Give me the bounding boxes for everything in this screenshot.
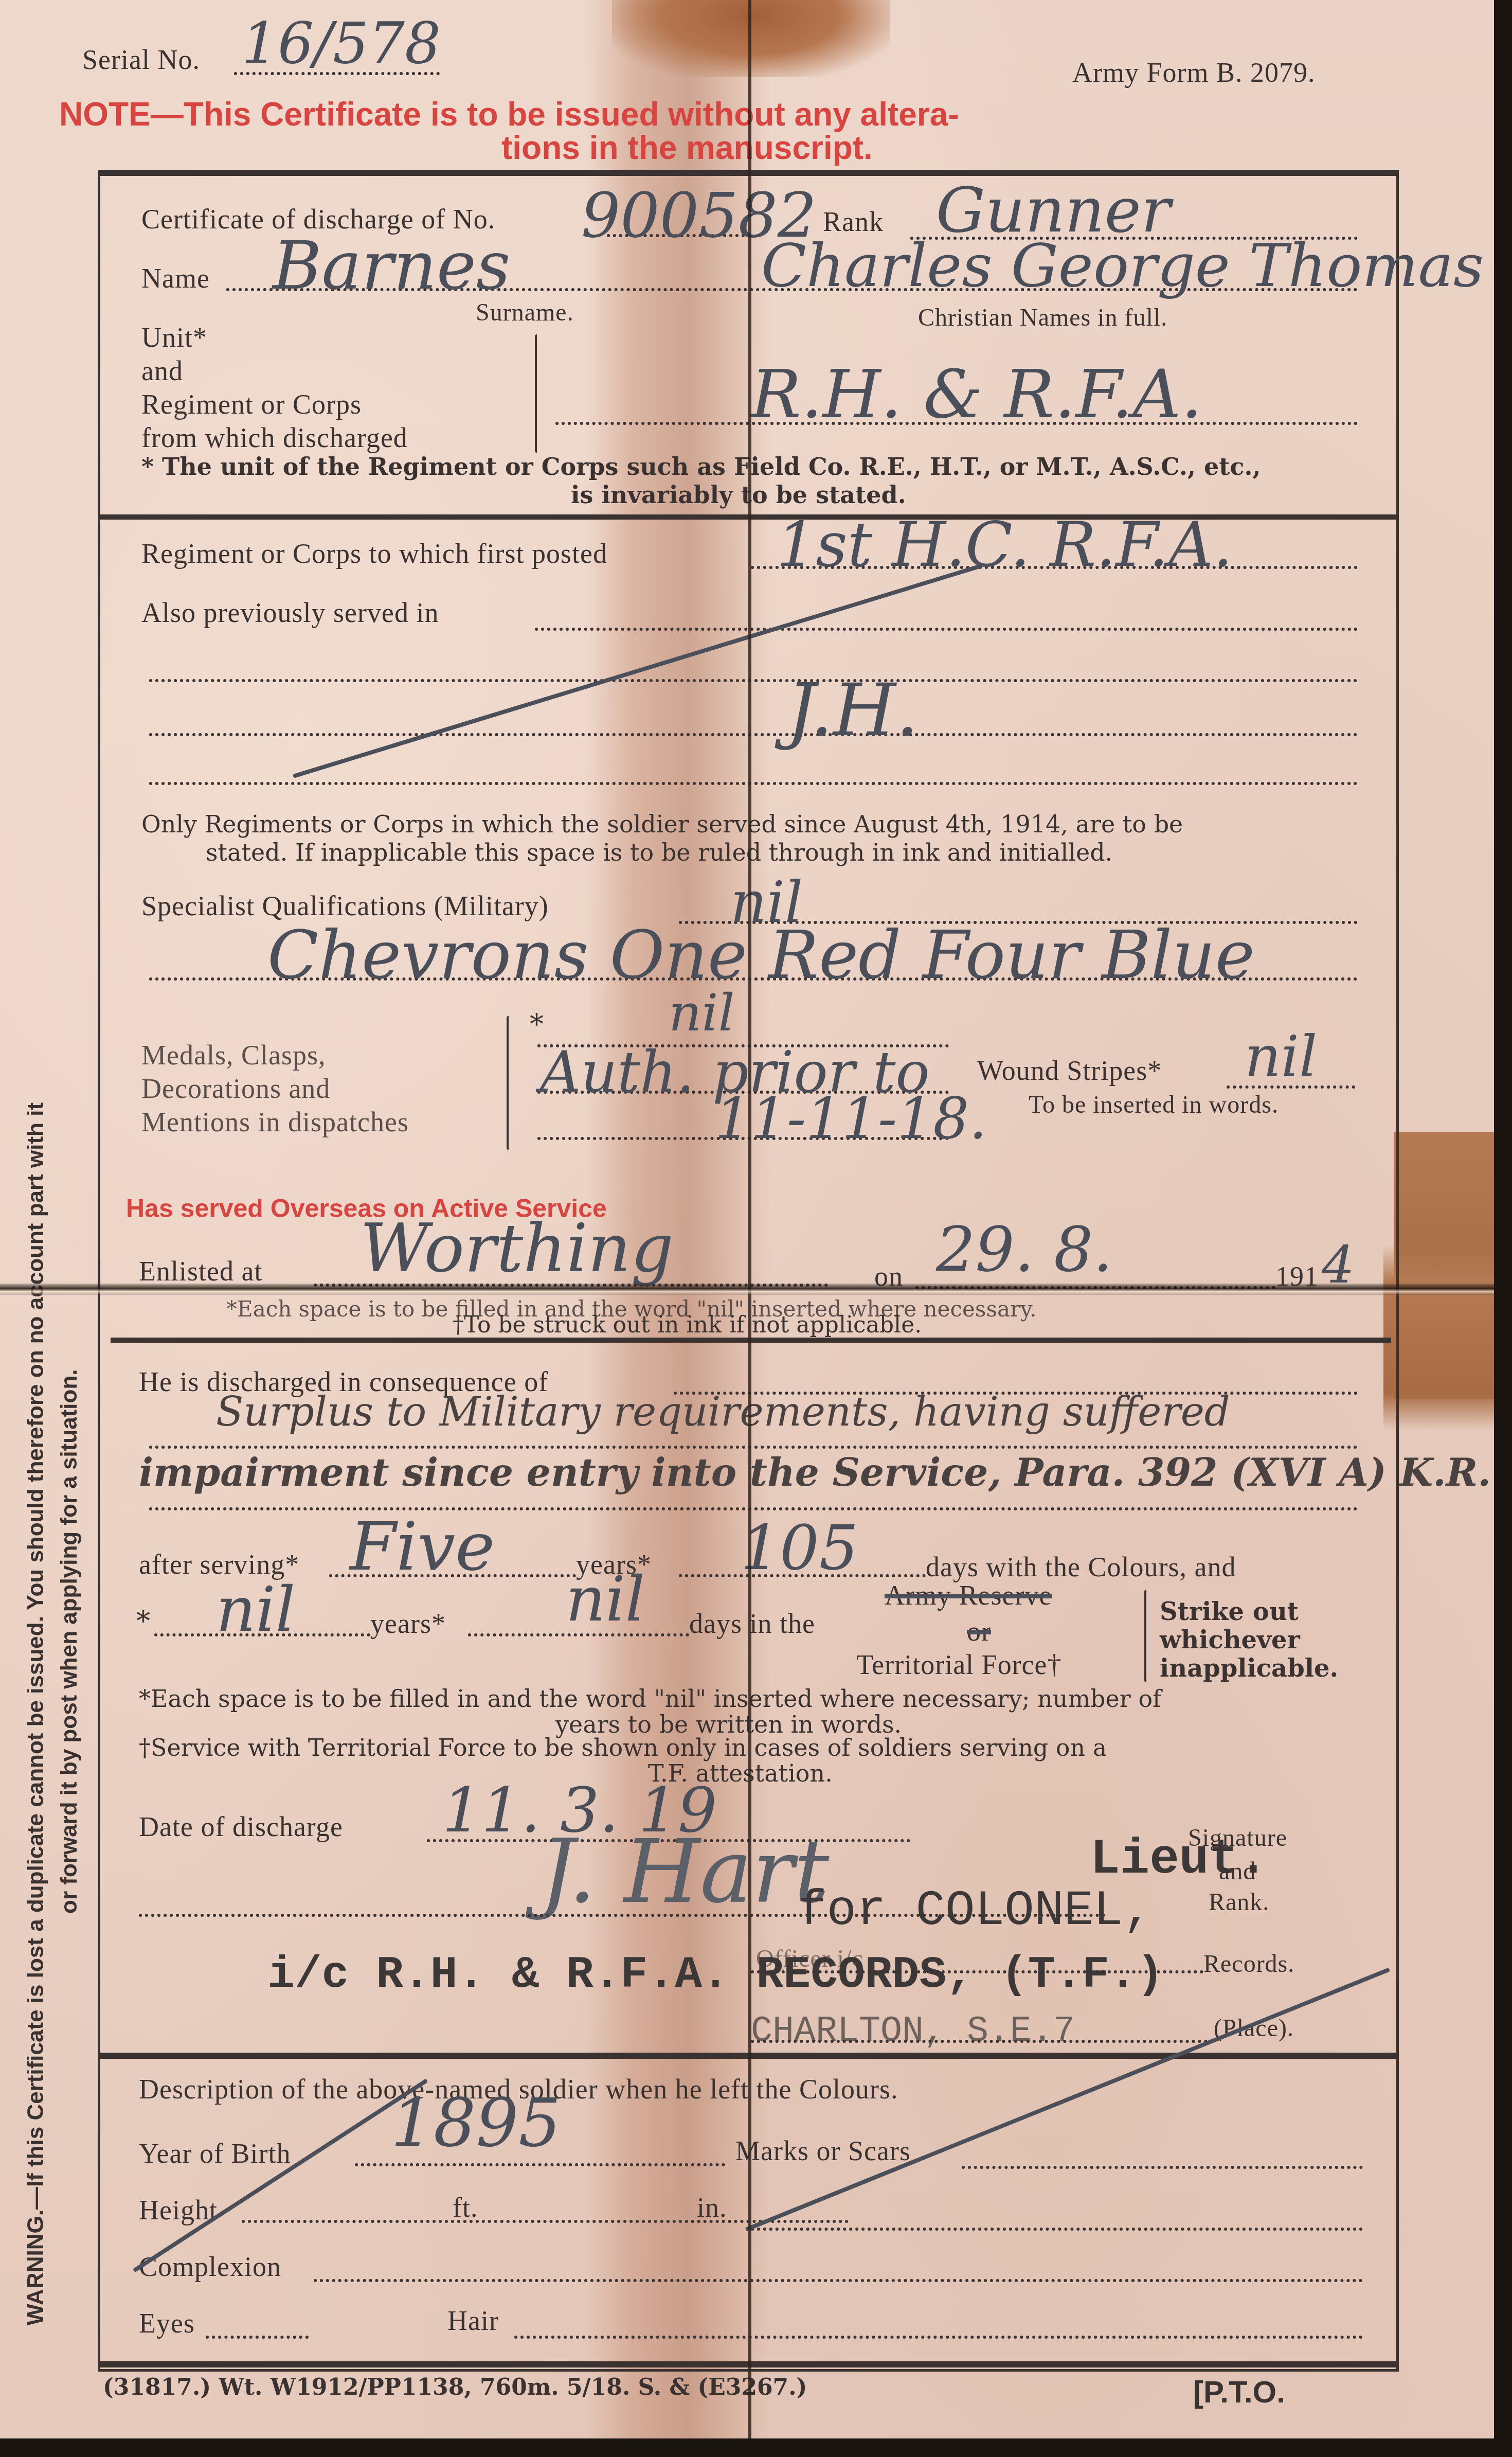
surname-value: Barnes (273, 226, 511, 305)
wound-stripes-value: nil (1245, 1024, 1317, 1090)
territorial-force-option: Territorial Force† (856, 1649, 1062, 1681)
service-note-2: stated. If inapplicable this space is to… (206, 839, 1112, 866)
first-posted-label: Regiment or Corps to which first posted (141, 538, 607, 569)
signature-caption-2: and (1219, 1857, 1256, 1885)
vertical-fold (748, 0, 751, 2438)
pto-label: [P.T.O. (1193, 2374, 1285, 2410)
records-caption: Records. (1203, 1950, 1294, 1978)
eyes-line (206, 2336, 309, 2339)
also-served-line-1 (535, 628, 1358, 631)
unit-footnote-2: is invariably to be stated. (571, 481, 906, 509)
days-colours-value: 105 (741, 1512, 858, 1584)
chevrons-value: Chevrons One Red Four Blue (267, 916, 1255, 994)
days-reserve-value: nil (566, 1564, 645, 1635)
discharge-footnote-1a: *Each space is to be filled in and the w… (139, 1685, 1161, 1713)
top-rule (98, 170, 1396, 176)
discharge-reason-text-2: impairment since entry into the Service,… (139, 1451, 1491, 1495)
or-label: or (967, 1615, 991, 1647)
officer-caption: Officer i/c (756, 1945, 863, 1973)
year-of-birth-value: 1895 (391, 2084, 561, 2162)
medals-brace (507, 1016, 509, 1150)
years-label-2: years* (370, 1608, 446, 1640)
note-line-2: tions in the manuscript. (501, 129, 873, 167)
wound-stripes-caption: To be inserted in words. (1029, 1091, 1279, 1119)
signature-caption-3: Rank. (1209, 1888, 1269, 1916)
ft-label: ft. (453, 2192, 478, 2223)
strike-out-brace (1144, 1590, 1146, 1682)
unit-label-4: from which discharged (141, 422, 408, 454)
signature-caption-1: Signature (1188, 1824, 1287, 1852)
unit-footnote-1: * The unit of the Regiment or Corps such… (141, 453, 1261, 480)
christian-names-caption: Christian Names in full. (918, 304, 1167, 332)
date-of-discharge-label: Date of discharge (139, 1811, 343, 1843)
medals-label-1: Medals, Clasps, (141, 1039, 326, 1071)
discharge-footnote-2a: †Service with Territorial Force to be sh… (139, 1734, 1107, 1761)
first-posted-value: 1st H.C. R.F.A. (777, 509, 1233, 581)
surname-caption: Surname. (476, 298, 574, 327)
hair-label: Hair (447, 2305, 499, 2337)
marks-scars-label: Marks or Scars (735, 2135, 911, 2167)
stamp-records: i/c R.H. & R.F.A. RECORDS, (T.F.) (267, 1950, 1164, 2001)
officer-signature: J. Hart (540, 1821, 829, 1923)
unit-value: R.H. & R.F.A. (751, 355, 1202, 433)
unit-brace (535, 334, 537, 453)
note-line-1: NOTE—This Certificate is to be issued wi… (59, 95, 959, 133)
also-served-label: Also previously served in (141, 597, 439, 629)
right-edge-tape (1383, 1245, 1494, 1430)
discharge-reason-line-3 (149, 1507, 1358, 1510)
printer-imprint: (31817.) Wt. W1912/PP1138, 760m. 5/18. S… (103, 2374, 807, 2400)
discharge-reason-line-2 (149, 1446, 1358, 1449)
unit-label-3: Regiment or Corps (141, 388, 362, 420)
year-of-birth-line (355, 2163, 725, 2166)
description-line-2 (751, 2228, 1363, 2231)
years-colours-value: Five (350, 1507, 495, 1586)
enlisted-at-value: Worthing (360, 1209, 674, 1287)
serial-value: 16/578 (242, 10, 441, 76)
discharge-reason-text-1: Surplus to Military requirements, having… (216, 1389, 1230, 1435)
section-rule-3 (98, 2053, 1396, 2059)
name-label: Name (141, 262, 210, 294)
place-caption: (Place). (1214, 2014, 1294, 2042)
strike-out-2: whichever (1160, 1626, 1300, 1654)
also-served-line-3 (149, 733, 1358, 736)
eyes-label: Eyes (139, 2307, 195, 2339)
years-reserve-value: nil (216, 1574, 295, 1646)
medals-label-2: Decorations and (141, 1073, 330, 1105)
reserve-asterisk: * (136, 1605, 150, 1637)
medals-label-3: Mentions in dispatches (141, 1106, 409, 1138)
days-in-the-label: days in the (689, 1608, 815, 1640)
also-served-line-4 (149, 782, 1358, 785)
side-warning-line-2: or forward it by post when applying for … (57, 1369, 82, 1914)
christian-names-value: Charles George Thomas (761, 232, 1484, 300)
stamp-place: CHARLTON, S.E.7 (751, 2011, 1075, 2052)
medals-asterisk: * (530, 1008, 544, 1041)
marks-scars-line (962, 2166, 1363, 2169)
place-line (751, 2040, 1214, 2043)
medals-value-1: nil (669, 983, 734, 1043)
hair-line (514, 2336, 1363, 2339)
form-id: Army Form B. 2079. (1072, 57, 1316, 88)
year-of-birth-label: Year of Birth (139, 2138, 291, 2169)
certificate-paper: Serial No. 16/578 Army Form B. 2079. NOT… (0, 0, 1494, 2438)
wound-stripes-label: Wound Stripes* (977, 1055, 1162, 1087)
complexion-line (314, 2279, 1363, 2282)
also-served-line-2 (149, 679, 1358, 682)
horizontal-fold-tear (0, 1284, 1494, 1295)
unit-label-1: Unit* (141, 322, 207, 353)
footnote-struck-out: †To be struck out in ink if not applicab… (453, 1312, 922, 1338)
strike-out-3: inapplicable. (1160, 1654, 1338, 1683)
initials-value: J.H. (787, 669, 919, 753)
days-colours-label: days with the Colours, and (926, 1551, 1236, 1583)
strike-out-1: Strike out (1160, 1597, 1299, 1626)
serial-label: Serial No. (82, 44, 200, 76)
section-rule-4 (98, 2361, 1396, 2367)
stamp-for-colonel: for COLONEL, (797, 1883, 1153, 1939)
medals-value-3: 11-11-18. (715, 1085, 987, 1151)
unit-label-2: and (141, 355, 183, 387)
army-reserve-option: Army Reserve (885, 1579, 1052, 1611)
records-line (751, 1970, 1203, 1973)
service-note-1: Only Regiments or Corps in which the sol… (141, 810, 1183, 838)
enlisted-date-value: 29. 8. (936, 1214, 1112, 1286)
enlisted-at-label: Enlisted at (139, 1255, 262, 1287)
in-label: in. (697, 2192, 727, 2223)
